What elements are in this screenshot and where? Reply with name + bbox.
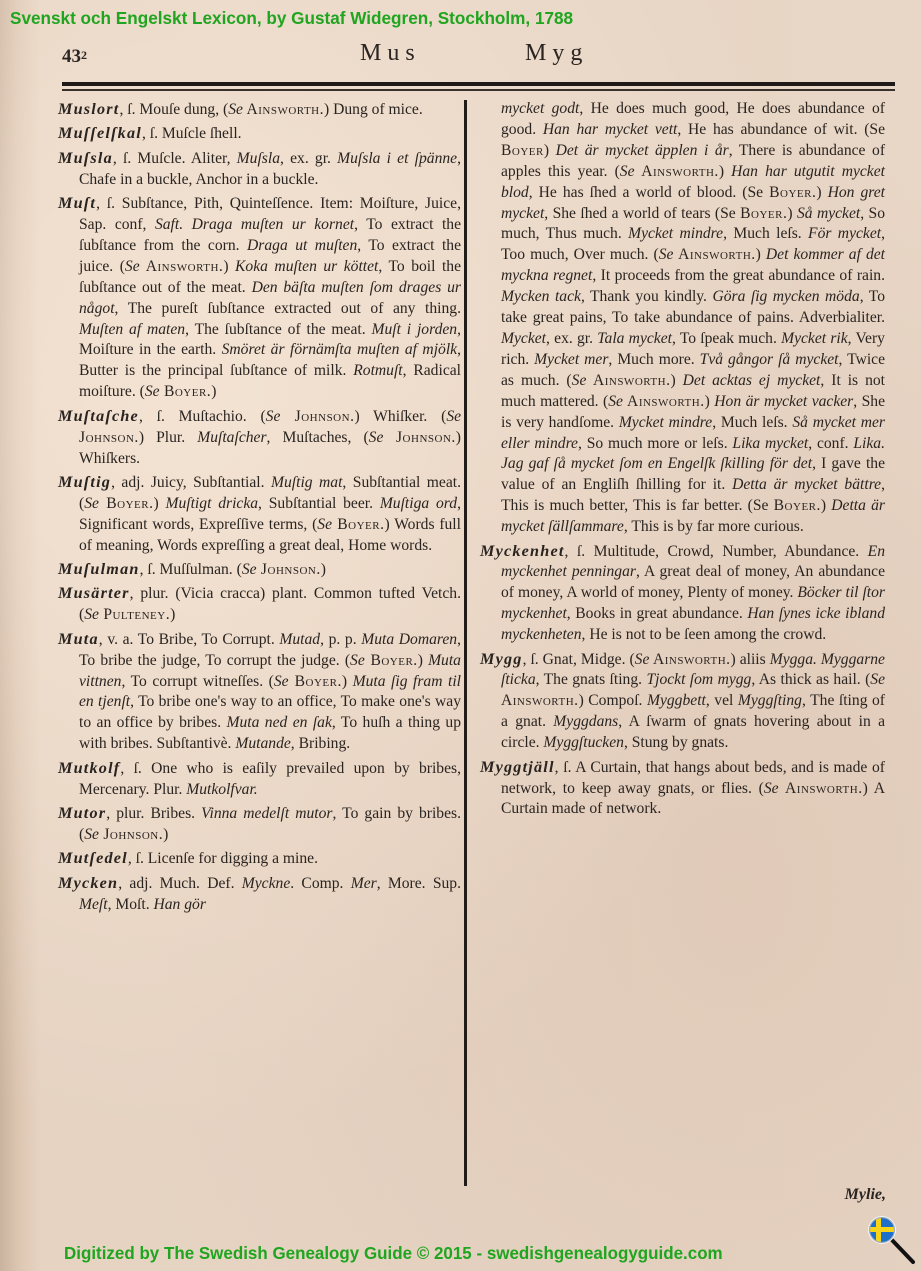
definition-text: , Much leſs. <box>712 414 792 431</box>
definition-text: , As thick as hail. ( <box>751 671 870 688</box>
headword: Mutſedel <box>58 849 128 867</box>
page-number-main: 43 <box>62 46 81 67</box>
swedish-phrase: Det är mycket äpplen i år <box>556 142 729 159</box>
source-reference: Boyer <box>501 142 544 159</box>
swedish-phrase: Muſtigt dricka <box>165 495 258 512</box>
definition-text: ) <box>170 606 175 623</box>
definition-text: , v. a. To Bribe, To Corrupt. <box>99 631 280 648</box>
swedish-phrase: Se <box>446 408 461 425</box>
swedish-phrase: Draga muſten ur kornet <box>192 216 354 233</box>
definition-text: , She ſhed a world of tears (Se <box>544 205 740 222</box>
swedish-phrase: Rotmuſt <box>353 362 402 379</box>
definition-text: , ex. gr. <box>280 150 337 167</box>
swedish-phrase: Se <box>242 561 257 578</box>
swedish-phrase: För mycket <box>808 225 881 242</box>
definition-text: , ſ. One who is eaſily prevailed upon by… <box>79 760 461 798</box>
definition-text: ) <box>163 826 168 843</box>
definition-text: , Books in great abundance. <box>567 605 748 622</box>
definition-text: , p. p. <box>320 631 361 648</box>
headword: Mygg <box>480 650 523 668</box>
definition-text: ) <box>719 163 731 180</box>
definition-text: , Moſt. <box>108 896 154 913</box>
source-reference: Ainsworth. <box>243 101 324 118</box>
dictionary-entry: mycket godt, He does much good, He does … <box>480 99 885 538</box>
swedish-phrase: Se <box>572 372 587 389</box>
swedish-phrase: Se <box>84 826 99 843</box>
dictionary-entry: Muſt, ſ. Subſtance, Pith, Quinteſſence. … <box>58 193 461 403</box>
swedish-phrase: Se <box>350 652 365 669</box>
headword: Mutkolf <box>58 759 120 777</box>
catchword: Mylie, <box>845 1186 886 1204</box>
swedish-phrase: Se <box>228 101 243 118</box>
definition-text: , The gnats ſting. <box>536 671 647 688</box>
swedish-phrase: Så mycket <box>797 205 860 222</box>
headword: Muta <box>58 630 99 648</box>
swedish-phrase: Muſsla i et ſpänne <box>337 150 457 167</box>
source-reference: Johnson. <box>383 429 455 446</box>
definition-text: , ſ. Muſcle. Aliter, <box>113 150 237 167</box>
swedish-phrase: Smöret är förnämſta muſten af mjölk <box>222 341 457 358</box>
definition-text <box>183 216 192 233</box>
definition-text: , vel <box>706 692 738 709</box>
definition-text: , More. Sup. <box>377 875 461 892</box>
swedish-phrase: Se <box>369 429 384 446</box>
definition-text: ) <box>816 184 827 201</box>
swedish-phrase: Se <box>125 258 140 275</box>
definition-text: ) <box>705 393 715 410</box>
swedish-phrase: Detta är mycket bättre <box>732 476 881 493</box>
swedish-phrase: Muſt i jorden <box>371 321 457 338</box>
swedish-phrase: Mutad <box>279 631 320 648</box>
dictionary-entry: Myckenhet, ſ. Multitude, Crowd, Number, … <box>480 541 885 647</box>
headword: Muſtaſche <box>58 407 139 425</box>
definition-text: ) Compoſ. <box>579 692 647 709</box>
header-double-rule <box>62 82 895 91</box>
swedish-phrase: Mycket rik <box>781 330 848 347</box>
source-reference: Johnson. <box>257 561 321 578</box>
definition-text: ) <box>821 497 831 514</box>
definition-text: , adj. Much. Def. <box>118 875 242 892</box>
dictionary-entry: Mutkolf, ſ. One who is eaſily prevailed … <box>58 758 461 801</box>
dictionary-entry: Muſſelſkal, ſ. Muſcle ſhell. <box>58 123 461 145</box>
dictionary-entry: Mutor, plur. Bribes. Vinna medelſt mutor… <box>58 803 461 846</box>
source-reference: Pulteney. <box>99 606 170 623</box>
definition-text: ) <box>153 495 165 512</box>
source-reference: Johnson. <box>99 826 163 843</box>
swedish-phrase: Muſtiga ord <box>380 495 457 512</box>
swedish-phrase: mycket godt <box>501 100 579 117</box>
collection-title-banner: Svenskt och Engelskt Lexicon, by Gustaf … <box>10 8 573 29</box>
swedish-phrase: Myggſting <box>738 692 802 709</box>
swedish-phrase: Se <box>317 516 332 533</box>
definition-text: , conf. <box>808 435 853 452</box>
definition-text: , The ſubſtance of the meat. <box>185 321 371 338</box>
swedish-phrase: Myggſtucken <box>543 734 624 751</box>
source-reference: Ainsworth. <box>501 692 579 709</box>
headword: Myggtjäll <box>480 758 555 776</box>
swedish-phrase: Mer <box>351 875 377 892</box>
definition-text: , Much leſs. <box>723 225 808 242</box>
swedish-phrase: Mycket mer <box>534 351 608 368</box>
swedish-phrase: Mutande <box>235 735 290 752</box>
swedish-phrase: Lika. <box>853 435 885 452</box>
source-reference: Boyer. <box>99 495 154 512</box>
right-column: mycket godt, He does much good, He does … <box>480 99 885 823</box>
definition-text: ) <box>223 258 235 275</box>
digitization-credit: Digitized by The Swedish Genealogy Guide… <box>64 1243 723 1264</box>
definition-text: , ſ. Muſcle ſhell. <box>142 125 242 142</box>
definition-text: , To corrupt witneſſes. ( <box>121 673 273 690</box>
definition-text: . Comp. <box>290 875 350 892</box>
source-reference: Boyer. <box>740 205 787 222</box>
swedish-phrase: Myggbett <box>647 692 706 709</box>
swedish-phrase: Se <box>620 163 635 180</box>
swedish-phrase: Se <box>145 383 160 400</box>
swedish-phrase: Se <box>870 671 885 688</box>
definition-text: , Subſtantial beer. <box>258 495 380 512</box>
running-head: 432 Mus Myg <box>0 40 921 80</box>
source-reference: Boyer. <box>365 652 418 669</box>
swedish-phrase: Muſtaſcher <box>197 429 266 446</box>
definition-text: , Much more. <box>608 351 699 368</box>
definition-text: ) <box>787 205 797 222</box>
source-reference: Ainsworth. <box>586 372 670 389</box>
page-number-sup: 2 <box>81 48 87 62</box>
source-reference: Boyer. <box>160 383 212 400</box>
swedish-phrase: Mutkolfvar. <box>186 781 257 798</box>
definition-text: , The pureſt ſubſtance extracted out of … <box>115 300 461 317</box>
definition-text: , It proceeds from the great abundance o… <box>592 267 885 284</box>
dictionary-entry: Mutſedel, ſ. Licenſe for digging a mine. <box>58 848 461 870</box>
headword: Mutor <box>58 804 106 822</box>
definition-text: ) <box>321 561 326 578</box>
source-reference: Boyer. <box>332 516 385 533</box>
swedish-phrase: Se <box>84 606 99 623</box>
definition-text: , ſ. Muſſulman. ( <box>140 561 242 578</box>
definition-text: , Thank you kindly. <box>581 288 713 305</box>
swedish-phrase: Myggdans <box>553 713 618 730</box>
definition-text: ) aliis <box>731 651 770 668</box>
swedish-phrase: Göra ſig mycken möda <box>712 288 859 305</box>
dictionary-entry: Muta, v. a. To Bribe, To Corrupt. Mutad,… <box>58 629 461 755</box>
definition-text: ) <box>756 246 766 263</box>
definition-text: , ſ. Muſtachio. ( <box>139 408 266 425</box>
swedish-phrase: Mycket mindre <box>619 414 712 431</box>
definition-text: , Muſtaches, ( <box>267 429 369 446</box>
dictionary-entry: Mygg, ſ. Gnat, Midge. (Se Ainsworth.) al… <box>480 649 885 755</box>
swedish-phrase: Muſten af maten <box>79 321 185 338</box>
left-column: Muslort, ſ. Mouſe dung, (Se Ainsworth.) … <box>58 99 461 918</box>
headword: Muſſelſkal <box>58 124 142 142</box>
definition-text: , So much more or leſs. <box>578 435 732 452</box>
definition-text: , ſ. Gnat, Midge. ( <box>523 651 635 668</box>
definition-text: , He has abundance of wit. (Se <box>677 121 885 138</box>
headword: Myckenhet <box>480 542 565 560</box>
definition-text: , ſ. Licenſe for digging a mine. <box>128 850 318 867</box>
definition-text: ) <box>418 652 428 669</box>
guide-word-left: Mus <box>360 40 421 67</box>
definition-text: , ſ. Multitude, Crowd, Number, Abundance… <box>565 543 868 560</box>
dictionary-entry: Muſsla, ſ. Muſcle. Aliter, Muſsla, ex. g… <box>58 148 461 191</box>
source-reference: Ainsworth. <box>140 258 224 275</box>
definition-text: , This is by far more curious. <box>624 518 804 535</box>
column-divider <box>464 100 467 1186</box>
source-reference: Ainsworth. <box>779 780 863 797</box>
definition-text: , He has ſhed a world of blood. (Se <box>529 184 769 201</box>
swedish-phrase: Mycket <box>501 330 546 347</box>
source-reference: Boyer. <box>774 497 821 514</box>
swedish-phrase: Muſtig mat <box>271 474 342 491</box>
definition-text: ) <box>544 142 556 159</box>
headword: Musärter <box>58 584 130 602</box>
swedish-phrase: Det acktas ej mycket <box>683 372 821 389</box>
dictionary-entry: Muslort, ſ. Mouſe dung, (Se Ainsworth.) … <box>58 99 461 121</box>
source-reference: Boyer. <box>289 673 342 690</box>
swedish-phrase: Draga ut muſten <box>247 237 357 254</box>
swedish-phrase: Saft. <box>155 216 183 233</box>
swedish-flag-magnifier-icon <box>862 1210 918 1266</box>
headword: Muſulman <box>58 560 140 578</box>
swedish-phrase: Mygga. <box>770 651 817 668</box>
swedish-phrase: Se <box>764 780 779 797</box>
headword: Muslort <box>58 100 119 118</box>
swedish-phrase: Han gör <box>154 896 206 913</box>
dictionary-entry: Myggtjäll, ſ. A Curtain, that hangs abou… <box>480 757 885 821</box>
swedish-phrase: Muta ned en ſak <box>227 714 332 731</box>
swedish-phrase: Mycken tack <box>501 288 581 305</box>
definition-text: , ſ. Mouſe dung, ( <box>119 101 228 118</box>
swedish-phrase: Muta Domaren <box>361 631 457 648</box>
swedish-phrase: Se <box>608 393 623 410</box>
swedish-phrase: Lika mycket <box>732 435 808 452</box>
definition-text: , Stung by gnats. <box>624 734 728 751</box>
swedish-phrase: Hon är mycket vacker <box>714 393 853 410</box>
dictionary-entry: Muſtaſche, ſ. Muſtachio. (Se Johnson.) W… <box>58 406 461 470</box>
dictionary-entry: Musärter, plur. (Vicia cracca) plant. Co… <box>58 583 461 626</box>
swedish-phrase: Se <box>84 495 99 512</box>
definition-text: , To ſpeak much. <box>672 330 781 347</box>
source-reference: Ainsworth. <box>623 393 705 410</box>
definition-text: ) Plur. <box>139 429 197 446</box>
headword: Muſsla <box>58 149 113 167</box>
swedish-phrase: Muſsla <box>237 150 280 167</box>
swedish-phrase: Tala mycket <box>597 330 672 347</box>
swedish-phrase: Vinna medelſt mutor <box>201 805 332 822</box>
dictionary-entry: Muſtig, adj. Juicy, Subſtantial. Muſtig … <box>58 472 461 557</box>
swedish-phrase: Myckne <box>242 875 290 892</box>
guide-word-right: Myg <box>525 40 588 67</box>
swedish-phrase: Mycket mindre <box>628 225 723 242</box>
definition-text: ) <box>342 673 353 690</box>
headword: Muſtig <box>58 473 111 491</box>
dictionary-entry: Mycken, adj. Much. Def. Myckne. Comp. Me… <box>58 873 461 916</box>
source-reference: Johnson. <box>280 408 354 425</box>
headword: Mycken <box>58 874 118 892</box>
definition-text: , plur. Bribes. <box>106 805 201 822</box>
swedish-phrase: Meſt <box>79 896 108 913</box>
definition-text: , ex. gr. <box>546 330 597 347</box>
source-reference: Ainsworth. <box>673 246 755 263</box>
source-reference: Ainsworth. <box>635 163 719 180</box>
swedish-phrase: Två gångor ſå mycket <box>700 351 839 368</box>
swedish-phrase: Se <box>635 651 650 668</box>
definition-text: , Bribing. <box>291 735 350 752</box>
definition-text: ) <box>671 372 683 389</box>
source-reference: Johnson. <box>79 429 139 446</box>
swedish-phrase: Se <box>274 673 289 690</box>
swedish-phrase: Jag gaf ſå mycket ſom en Engelſk ſkillin… <box>501 455 812 472</box>
definition-text: , adj. Juicy, Subſtantial. <box>111 474 271 491</box>
definition-text: ) Dung of mice. <box>324 101 423 118</box>
dictionary-entry: Muſulman, ſ. Muſſulman. (Se Johnson.) <box>58 559 461 581</box>
swedish-phrase: Koka muſten ur köttet <box>235 258 378 275</box>
definition-text: ) Whiſker. ( <box>354 408 446 425</box>
source-reference: Boyer. <box>769 184 816 201</box>
swedish-phrase: Se <box>659 246 674 263</box>
swedish-phrase: Se <box>266 408 281 425</box>
definition-text: , He is not to be ſeen among the crowd. <box>582 626 827 643</box>
definition-text: ) <box>211 383 216 400</box>
swedish-phrase: Tjockt ſom mygg <box>646 671 751 688</box>
page-number: 432 <box>62 46 87 68</box>
headword: Muſt <box>58 194 96 212</box>
swedish-phrase: Han har mycket vett <box>543 121 678 138</box>
source-reference: Ainsworth. <box>649 651 730 668</box>
